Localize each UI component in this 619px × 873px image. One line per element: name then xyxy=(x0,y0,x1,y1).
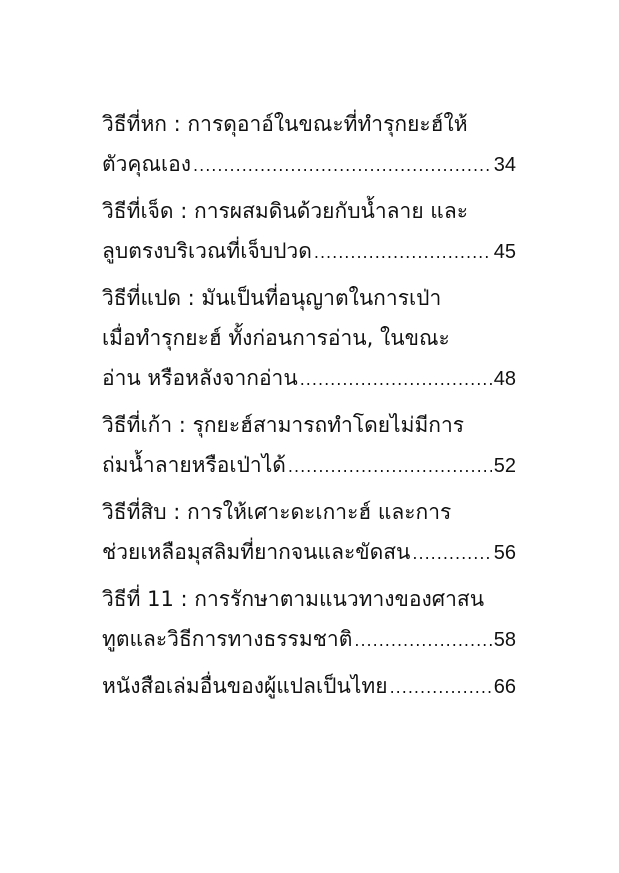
toc-entry-title-end: ลูบตรงบริเวณที่เจ็บปวด xyxy=(102,231,312,271)
toc-entry-title-end: ถ่มน้ำลายหรือเป่าได้ xyxy=(102,445,286,485)
toc-entry-title-end: อ่าน หรือหลังจากอ่าน xyxy=(102,358,298,398)
toc-entry-line: วิธีที่หก : การดุอาอ์ในขณะที่ทำรุกยะฮ์ให… xyxy=(102,104,516,144)
toc-entry-line: หนังสือเล่มอื่นของผู้แปลเป็นไทย 66 xyxy=(102,666,516,706)
toc-page-number: 52 xyxy=(494,446,516,485)
toc-entry-title: เมื่อทำรุกยะฮ์ ทั้งก่อนการอ่าน, ในขณะ xyxy=(102,318,450,358)
dot-leader xyxy=(354,621,491,659)
dot-leader xyxy=(193,146,492,184)
toc-entry-title: วิธีที่เก้า : รุกยะฮ์สามารถทำโดยไม่มีการ xyxy=(102,405,464,445)
dot-leader xyxy=(314,233,492,271)
table-of-contents: วิธีที่หก : การดุอาอ์ในขณะที่ทำรุกยะฮ์ให… xyxy=(102,104,516,713)
toc-page-number: 56 xyxy=(494,533,516,572)
toc-entry-line: วิธีที่เจ็ด : การผสมดินด้วยกับน้ำลาย และ xyxy=(102,191,516,231)
toc-page-number: 66 xyxy=(494,667,516,706)
toc-entry-11[interactable]: วิธีที่ 11 : การรักษาตามแนวทางของศาสน ทู… xyxy=(102,579,516,659)
toc-entry-9[interactable]: วิธีที่เก้า : รุกยะฮ์สามารถทำโดยไม่มีการ… xyxy=(102,405,516,485)
toc-entry-line: วิธีที่สิบ : การให้เศาะดะเกาะฮ์ และการ xyxy=(102,492,516,532)
toc-entry-line: ลูบตรงบริเวณที่เจ็บปวด 45 xyxy=(102,231,516,271)
toc-entry-title: วิธีที่ 11 : การรักษาตามแนวทางของศาสน xyxy=(102,579,484,619)
dot-leader xyxy=(412,534,491,572)
toc-entry-title: วิธีที่หก : การดุอาอ์ในขณะที่ทำรุกยะฮ์ให… xyxy=(102,104,468,144)
toc-entry-title-end: ช่วยเหลือมุสลิมที่ยากจนและขัดสน xyxy=(102,532,410,572)
dot-leader xyxy=(288,447,492,485)
toc-entry-line: ช่วยเหลือมุสลิมที่ยากจนและขัดสน 56 xyxy=(102,532,516,572)
toc-entry-line: อ่าน หรือหลังจากอ่าน 48 xyxy=(102,358,516,398)
toc-entry-title: วิธีที่สิบ : การให้เศาะดะเกาะฮ์ และการ xyxy=(102,492,451,532)
dot-leader xyxy=(300,360,492,398)
toc-entry-title-end: ตัวคุณเอง xyxy=(102,144,191,184)
toc-entry-line: ถ่มน้ำลายหรือเป่าได้ 52 xyxy=(102,445,516,485)
toc-entry-6[interactable]: วิธีที่หก : การดุอาอ์ในขณะที่ทำรุกยะฮ์ให… xyxy=(102,104,516,184)
toc-entry-8[interactable]: วิธีที่แปด : มันเป็นที่อนุญาตในการเป่า เ… xyxy=(102,278,516,398)
toc-entry-line: วิธีที่เก้า : รุกยะฮ์สามารถทำโดยไม่มีการ xyxy=(102,405,516,445)
toc-entry-10[interactable]: วิธีที่สิบ : การให้เศาะดะเกาะฮ์ และการ ช… xyxy=(102,492,516,572)
toc-page-number: 34 xyxy=(494,145,516,184)
toc-page-number: 45 xyxy=(494,232,516,271)
toc-entry-title-end: หนังสือเล่มอื่นของผู้แปลเป็นไทย xyxy=(102,666,388,706)
toc-entry-other-books[interactable]: หนังสือเล่มอื่นของผู้แปลเป็นไทย 66 xyxy=(102,666,516,706)
toc-page-number: 58 xyxy=(494,620,516,659)
toc-entry-title: วิธีที่แปด : มันเป็นที่อนุญาตในการเป่า xyxy=(102,278,441,318)
toc-entry-line: เมื่อทำรุกยะฮ์ ทั้งก่อนการอ่าน, ในขณะ xyxy=(102,318,516,358)
toc-entry-7[interactable]: วิธีที่เจ็ด : การผสมดินด้วยกับน้ำลาย และ… xyxy=(102,191,516,271)
toc-entry-line: วิธีที่แปด : มันเป็นที่อนุญาตในการเป่า xyxy=(102,278,516,318)
toc-entry-title: วิธีที่เจ็ด : การผสมดินด้วยกับน้ำลาย และ xyxy=(102,191,468,231)
toc-entry-line: ตัวคุณเอง 34 xyxy=(102,144,516,184)
toc-entry-line: วิธีที่ 11 : การรักษาตามแนวทางของศาสน xyxy=(102,579,516,619)
toc-entry-title-end: ทูตและวิธีการทางธรรมชาติ xyxy=(102,619,352,659)
toc-page-number: 48 xyxy=(494,359,516,398)
toc-entry-line: ทูตและวิธีการทางธรรมชาติ 58 xyxy=(102,619,516,659)
dot-leader xyxy=(390,668,492,706)
